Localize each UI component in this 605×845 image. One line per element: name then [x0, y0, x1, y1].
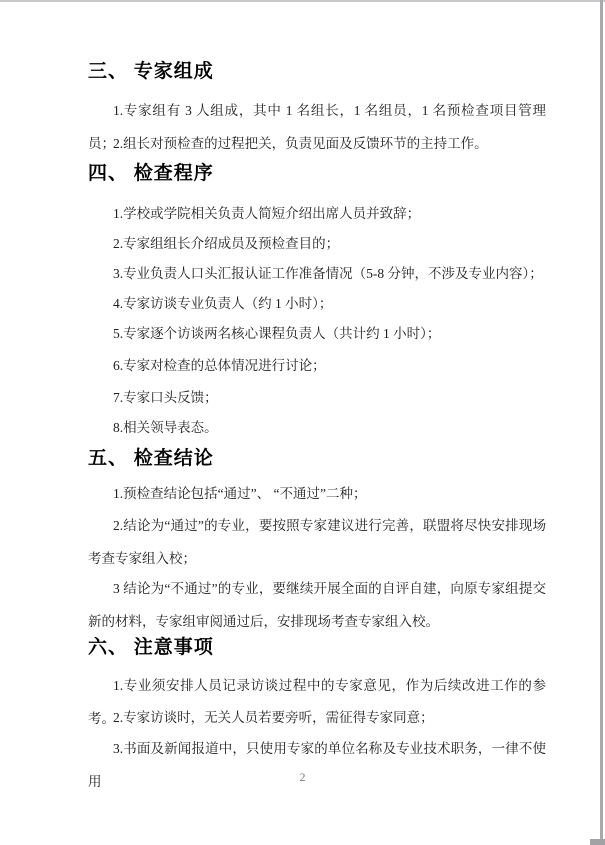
paragraph: 2.专家访谈时，无关人员若要旁听，需征得专家同意；	[88, 702, 546, 735]
paragraph: 3.专业负责人口头汇报认证工作准备情况（5-8 分钟，不涉及专业内容）；	[88, 258, 546, 291]
section-heading-4: 四、 检查程序	[88, 162, 214, 186]
paragraph: 4.专家访谈专业负责人（约 1 小时）；	[88, 288, 546, 321]
paragraph: 7.专家口头反馈；	[88, 382, 546, 415]
paragraph: 2.组长对预检查的过程把关，负责见面及反馈环节的主持工作。	[88, 128, 546, 161]
paragraph: 1.学校或学院相关负责人简短介绍出席人员并致辞；	[88, 198, 546, 231]
section-heading-3: 三、 专家组成	[88, 60, 214, 84]
section-heading-5: 五、 检查结论	[88, 447, 214, 471]
page-number: 2	[0, 770, 605, 785]
paragraph: 2.结论为“通过”的专业，要按照专家建议进行完善，联盟将尽快安排现场考查专家组入…	[88, 510, 546, 575]
section-heading-6: 六、 注意事项	[88, 636, 214, 660]
paragraph: 5.专家逐个访谈两名核心课程负责人（共计约 1 小时）；	[88, 318, 546, 351]
paragraph: 1.预检查结论包括“通过”、 “不通过”二种；	[88, 478, 546, 511]
document-page: 三、 专家组成 1.专家组有 3 人组成，其中 1 名组长，1 名组员，1 名预…	[0, 0, 605, 845]
paragraph: 3.书面及新闻报道中，只使用专家的单位名称及专业技术职务，一律不使用	[88, 733, 546, 798]
paragraph: 8.相关领导表态。	[88, 412, 546, 445]
paragraph: 2.专家组组长介绍成员及预检查目的；	[88, 228, 546, 261]
paragraph: 3 结论为“不通过”的专业，要继续开展全面的自评自建，向原专家组提交新的材料，专…	[88, 573, 546, 638]
page-top-edge	[0, 0, 605, 2]
paragraph: 6.专家对检查的总体情况进行讨论；	[88, 350, 546, 383]
page-corner-edge	[590, 839, 605, 845]
page-right-edge	[600, 0, 603, 845]
